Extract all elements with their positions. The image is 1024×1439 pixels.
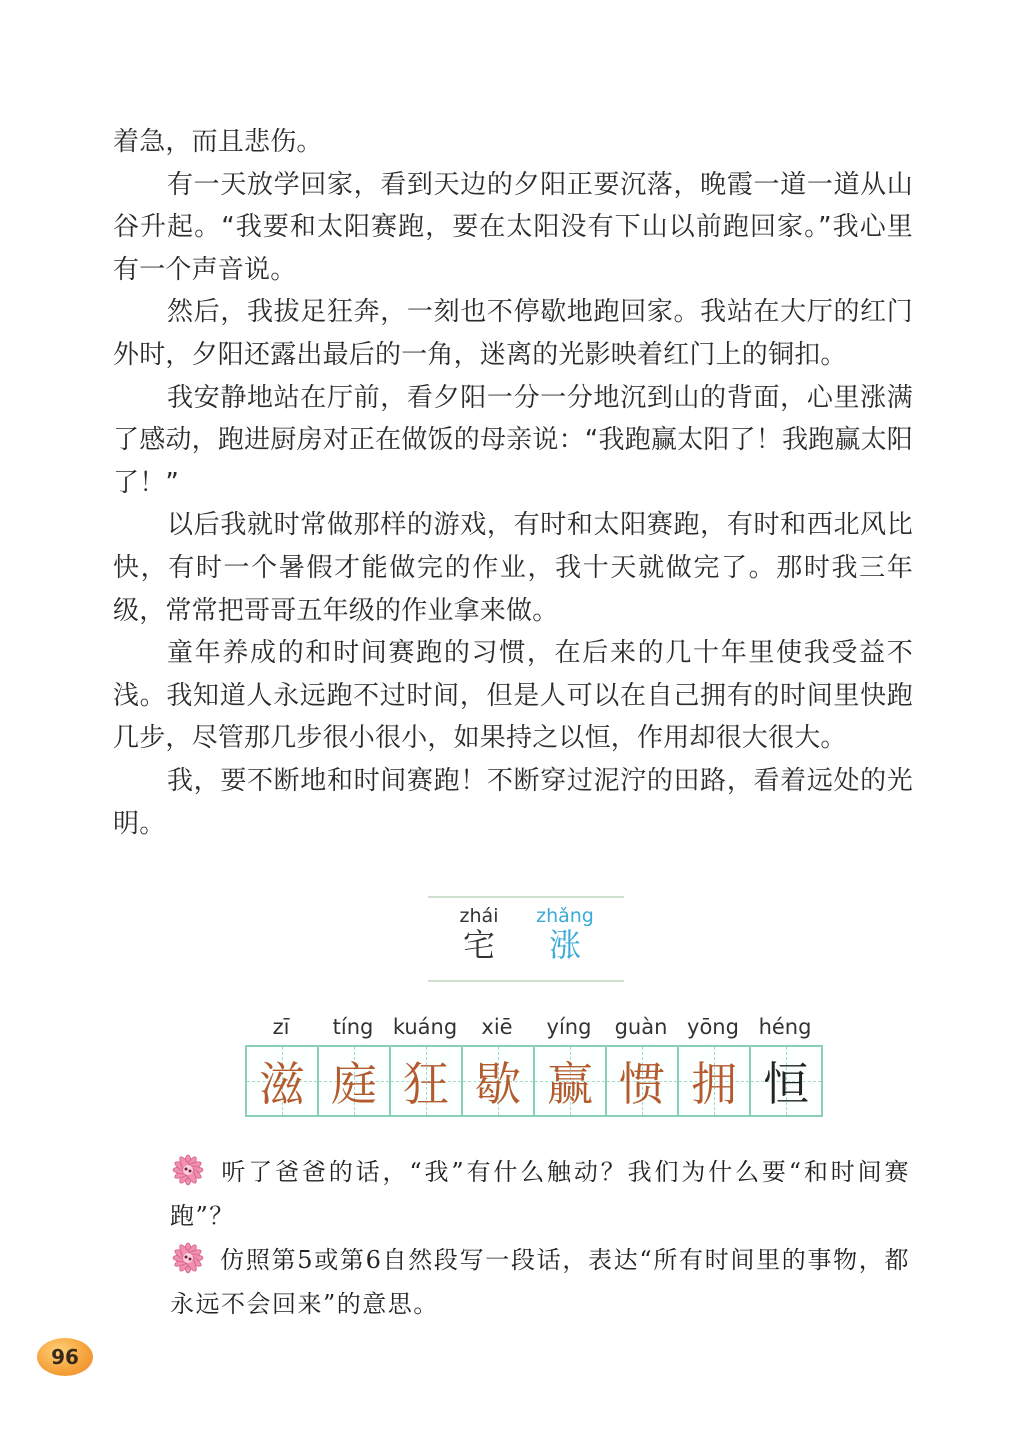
hanzi-char: 惯 bbox=[619, 1048, 665, 1114]
hanzi-char: 涨 bbox=[530, 926, 600, 964]
hanzi-char: 宅 bbox=[444, 926, 514, 964]
pinyin-label: zī bbox=[245, 1015, 317, 1039]
flower-icon bbox=[170, 1152, 206, 1188]
writing-grid-pinyin-row: zī tíng kuáng xiē yíng guàn yōng héng bbox=[245, 1015, 825, 1041]
paragraph: 童年养成的和时间赛跑的习惯，在后来的几十年里使我受益不浅。我知道人永远跑不过时间… bbox=[113, 632, 913, 760]
flower-icon bbox=[170, 1240, 206, 1276]
writing-grid: 滋 庭 狂 歇 赢 惯 拥 恒 bbox=[245, 1045, 823, 1117]
question-item: 仿照第5或第6自然段写一段话，表达“所有时间里的事物，都永远不会回来”的意思。 bbox=[170, 1238, 910, 1326]
polyphone-box: zhái 宅 zhǎng 涨 bbox=[428, 896, 624, 982]
grid-cell: 庭 bbox=[319, 1047, 391, 1115]
pinyin-label: zhái bbox=[444, 906, 514, 926]
pinyin-label: yōng bbox=[677, 1015, 749, 1039]
hanzi-char: 狂 bbox=[403, 1048, 449, 1114]
paragraph: 着急，而且悲伤。 bbox=[113, 121, 913, 164]
pinyin-label: héng bbox=[749, 1015, 821, 1039]
pinyin-label: kuáng bbox=[389, 1015, 461, 1039]
polyphone-item: zhái 宅 bbox=[444, 906, 514, 964]
grid-cell: 狂 bbox=[391, 1047, 463, 1115]
pinyin-label: zhǎng bbox=[530, 906, 600, 926]
page-number-badge: 96 bbox=[37, 1338, 93, 1376]
grid-cell: 赢 bbox=[535, 1047, 607, 1115]
grid-cell: 惯 bbox=[607, 1047, 679, 1115]
question-text: 仿照第5或第6自然段写一段话，表达“所有时间里的事物，都永远不会回来”的意思。 bbox=[170, 1246, 910, 1318]
pinyin-label: guàn bbox=[605, 1015, 677, 1039]
paragraph: 然后，我拔足狂奔，一刻也不停歇地跑回家。我站在大厅的红门外时，夕阳还露出最后的一… bbox=[113, 291, 913, 376]
pinyin-label: tíng bbox=[317, 1015, 389, 1039]
paragraph: 有一天放学回家，看到天边的夕阳正要沉落，晚霞一道一道从山谷升起。“我要和太阳赛跑… bbox=[113, 164, 913, 292]
hanzi-char: 滋 bbox=[259, 1048, 305, 1114]
paragraph: 我安静地站在厅前，看夕阳一分一分地沉到山的背面，心里涨满了感动，跑进厨房对正在做… bbox=[113, 377, 913, 505]
paragraph: 以后我就时常做那样的游戏，有时和太阳赛跑，有时和西北风比快，有时一个暑假才能做完… bbox=[113, 504, 913, 632]
grid-cell: 恒 bbox=[751, 1047, 821, 1115]
polyphone-item-highlighted: zhǎng 涨 bbox=[530, 906, 600, 964]
paragraph: 我，要不断地和时间赛跑！不断穿过泥泞的田路，看着远处的光明。 bbox=[113, 760, 913, 845]
pinyin-label: yíng bbox=[533, 1015, 605, 1039]
passage-body: 着急，而且悲伤。 有一天放学回家，看到天边的夕阳正要沉落，晚霞一道一道从山谷升起… bbox=[113, 121, 913, 845]
question-item: 听了爸爸的话，“我”有什么触动？我们为什么要“和时间赛跑”？ bbox=[170, 1150, 910, 1238]
hanzi-char: 恒 bbox=[763, 1048, 809, 1114]
exercise-questions: 听了爸爸的话，“我”有什么触动？我们为什么要“和时间赛跑”？ bbox=[170, 1150, 910, 1326]
pinyin-label: xiē bbox=[461, 1015, 533, 1039]
hanzi-char: 庭 bbox=[331, 1048, 377, 1114]
grid-cell: 拥 bbox=[679, 1047, 751, 1115]
question-text: 听了爸爸的话，“我”有什么触动？我们为什么要“和时间赛跑”？ bbox=[170, 1158, 910, 1230]
hanzi-char: 赢 bbox=[547, 1048, 593, 1114]
hanzi-char: 拥 bbox=[691, 1048, 737, 1114]
hanzi-char: 歇 bbox=[475, 1048, 521, 1114]
grid-cell: 歇 bbox=[463, 1047, 535, 1115]
grid-cell: 滋 bbox=[247, 1047, 319, 1115]
